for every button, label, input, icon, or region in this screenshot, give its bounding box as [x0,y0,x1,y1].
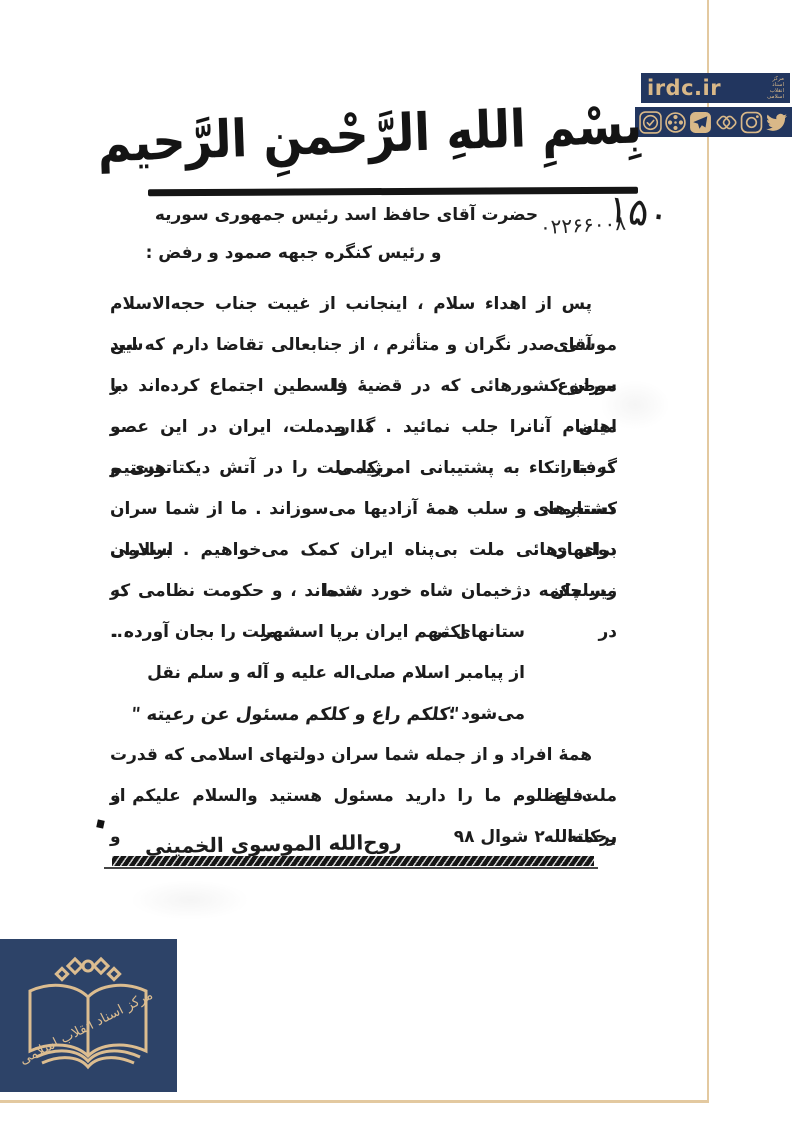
letter-body: پس از اهداء سلام ، اینجانب از غیبت جناب … [110,284,617,858]
recipient-heading-2: و رئیس کنگره جبهه صمود و رفض : [40,243,547,263]
handwritten-page-number: ۱۵۰ [606,186,672,237]
body-line: همهٔ افراد و از جمله شما سران دولتهای اس… [110,735,617,776]
irdc-banner[interactable]: irdc.ir مرکز اسناد انقلاب اسلامی [641,73,790,103]
body-line: پس از اهداء سلام ، اینجانب از غیبت جناب … [110,284,617,325]
decorative-rule-tail [104,867,598,869]
decorative-hatched-rule [112,856,594,866]
body-line: اهتمام آنانرا جلب نمائید . ما و ملت، ایر… [110,407,617,448]
frame-right-line [707,0,709,1101]
open-book-logo: مرکز اسناد انقلاب اسلامی [0,939,177,1092]
scanned-letter-page: irdc.ir مرکز اسناد انقلاب اسلامی [0,0,800,1144]
signature-khomeini: روح‌الله الموسوی الخمینی [145,830,402,858]
irdc-org-mini-logo: مرکز اسناد انقلاب اسلامی [767,76,784,100]
body-line: ملت مظلوم ما را دارید مسئول هستید والسلا… [110,776,617,817]
ink-mark [96,819,105,828]
telegram-icon[interactable] [689,111,712,134]
irdc-org-word: اسلامی [767,94,784,100]
instagram-icon[interactable] [740,111,763,134]
body-line: که با اتکاء به پشتیبانی امریکا ملت را در… [110,448,617,489]
body-line: از پیامبر اسلام صلی‌اله علیه و آله و سلم… [110,653,617,694]
body-line: سران کشورهائی که در قضیهٔ فلسطین اجتماع … [110,366,617,407]
social-icons-bar [635,107,792,137]
recipient-heading-1: حضرت آقای حافظ اسد رئیس جمهوری سوریه [93,205,600,225]
hadith-quote: "کلکم راع و کلکم مسئول عن رعیته " [108,694,619,735]
letter-date: ۲۰ شوال ۹۸ [454,817,555,858]
rubika-icon[interactable] [715,111,738,134]
bale-icon[interactable] [639,111,662,134]
frame-bottom-line [0,1100,709,1103]
twitter-icon[interactable] [765,111,788,134]
closing-word: برکاته [567,817,617,858]
body-line: برای رهائی ملت بی‌پناه ایران کمک می‌خواه… [110,530,617,571]
bismillah-calligraphy: بِسْمِ اللهِ الرَّحْمنِ الرَّحیم [149,94,643,172]
body-line: موسی صدر نگران و متأثرم ، از جنابعالی تق… [110,325,617,366]
irdc-footer-logo: مرکز اسناد انقلاب اسلامی [0,939,177,1092]
paper-smudge [130,880,250,920]
body-line: دستجمعی و سلب همهٔ آزادیها می‌سوزاند . م… [110,489,617,530]
body-line: زیر چکمه دژخیمان شاه خورد شده‌اند ، و حک… [110,571,617,612]
irdc-site-label[interactable]: irdc.ir [647,73,721,103]
bismillah-underline-bar [148,187,638,197]
aparat-icon[interactable] [664,111,687,134]
